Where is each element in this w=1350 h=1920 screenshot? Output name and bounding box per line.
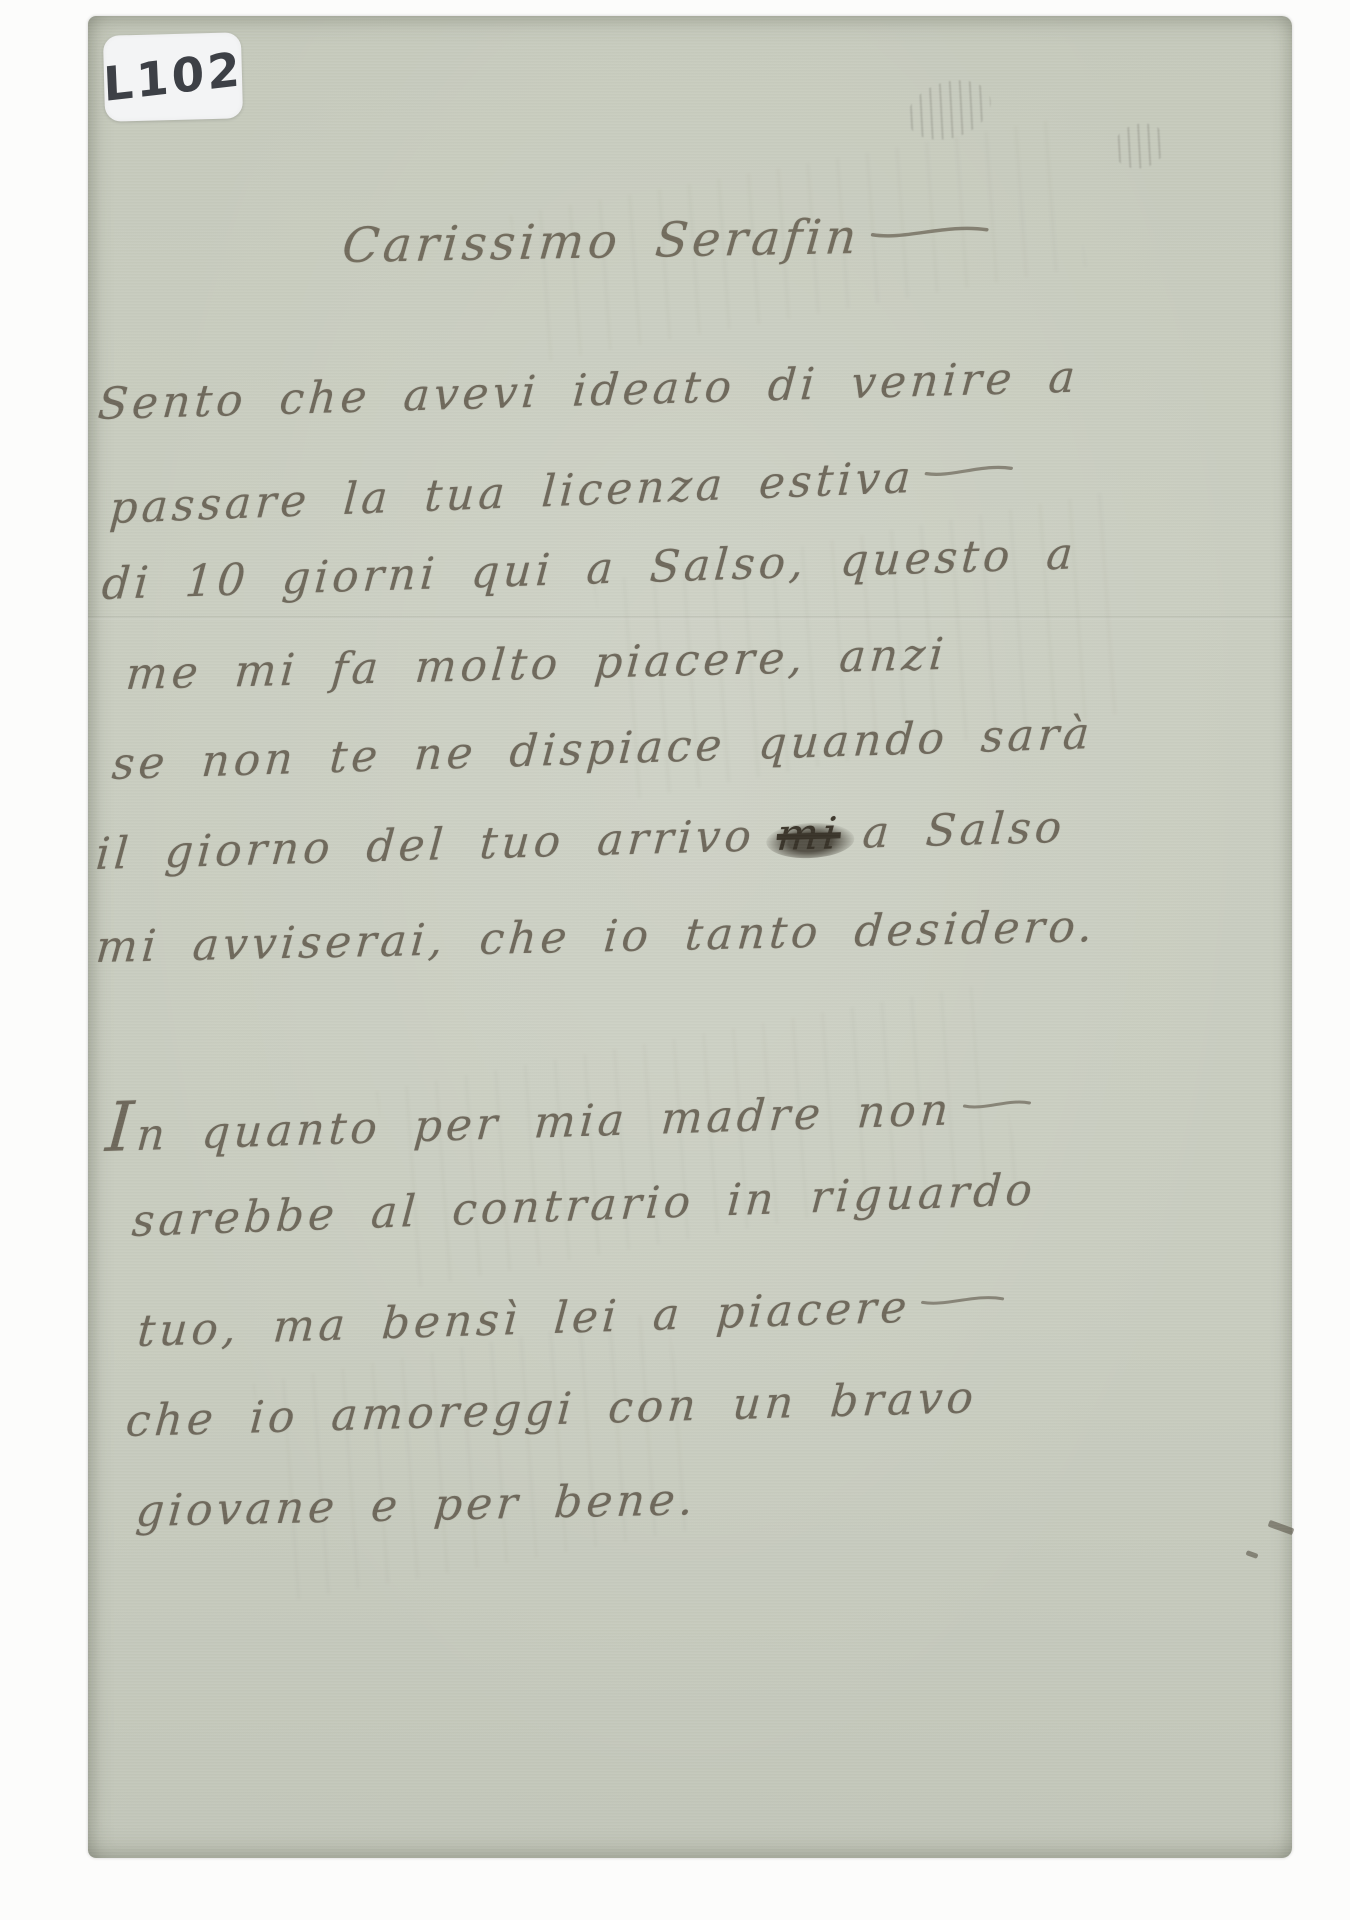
- line-text: giovane e per bene.: [134, 1474, 699, 1537]
- pen-flourish: [919, 1263, 1008, 1326]
- pencil-smudge: [1108, 117, 1173, 176]
- crossed-out-word: mi: [775, 808, 843, 861]
- line-text: se non te ne dispiace quando sarà: [110, 708, 1095, 790]
- letter-line: sarebbe al contrario in riguardo: [130, 1160, 1038, 1252]
- line-text: il giorno del tuo arrivo: [94, 811, 757, 881]
- ink-fleck: [1268, 1520, 1295, 1535]
- line-text: sarebbe al contrario in riguardo: [130, 1164, 1037, 1247]
- pen-flourish: [923, 432, 1017, 496]
- line-text: me mi fa molto piacere, anzi: [124, 629, 949, 700]
- ink-fleck: [1246, 1550, 1259, 1559]
- archive-label-code: L102: [102, 42, 244, 113]
- archive-label-sticker: L102: [103, 32, 243, 122]
- scanned-letter-page: Carissimo Serafin Sento che avevi ideato…: [0, 0, 1350, 1920]
- letter-line: Sento che avevi ideato di venire a: [96, 348, 1081, 436]
- line-text: a Salso: [861, 802, 1068, 859]
- salutation-text: Carissimo Serafin: [340, 209, 863, 274]
- pen-flourish: [961, 1066, 1035, 1128]
- letter-line: di 10 giorni qui a Salso, questo a: [100, 524, 1079, 615]
- line-text: passare la tua licenza estiva: [108, 452, 916, 534]
- line-text: di 10 giorni qui a Salso, questo a: [100, 528, 1078, 610]
- letter-line: giovane e per bene.: [133, 1470, 699, 1542]
- pencil-smudge: [899, 70, 998, 150]
- letter-line-with-correction: il giorno del tuo arrivomia Salso: [94, 798, 1068, 885]
- letter-paper-sheet: Carissimo Serafin Sento che avevi ideato…: [88, 16, 1292, 1858]
- letter-line: se non te ne dispiace quando sarà: [110, 704, 1096, 795]
- fold-crease: [88, 616, 1292, 620]
- salutation-line: Carissimo Serafin: [340, 193, 994, 276]
- letter-line: passare la tua licenza estiva: [108, 432, 1018, 539]
- line-text: tuo, ma bensì lei a piacere: [136, 1282, 913, 1357]
- letter-line: che io amoreggi con un bravo: [124, 1368, 980, 1452]
- line-text: Sento che avevi ideato di venire a: [96, 352, 1081, 431]
- line-text: che io amoreggi con un bravo: [124, 1372, 979, 1447]
- line-text: In quanto per mia madre non: [104, 1084, 954, 1162]
- line-text: mi avviserai, che io tanto desidero.: [94, 901, 1099, 973]
- letter-line: tuo, ma bensì lei a piacere: [135, 1263, 1008, 1362]
- letter-line: mi avviserai, che io tanto desidero.: [93, 897, 1098, 978]
- pen-flourish: [869, 193, 994, 255]
- letter-line: In quanto per mia madre non: [103, 1066, 1035, 1167]
- letter-line: me mi fa molto piacere, anzi: [124, 625, 950, 705]
